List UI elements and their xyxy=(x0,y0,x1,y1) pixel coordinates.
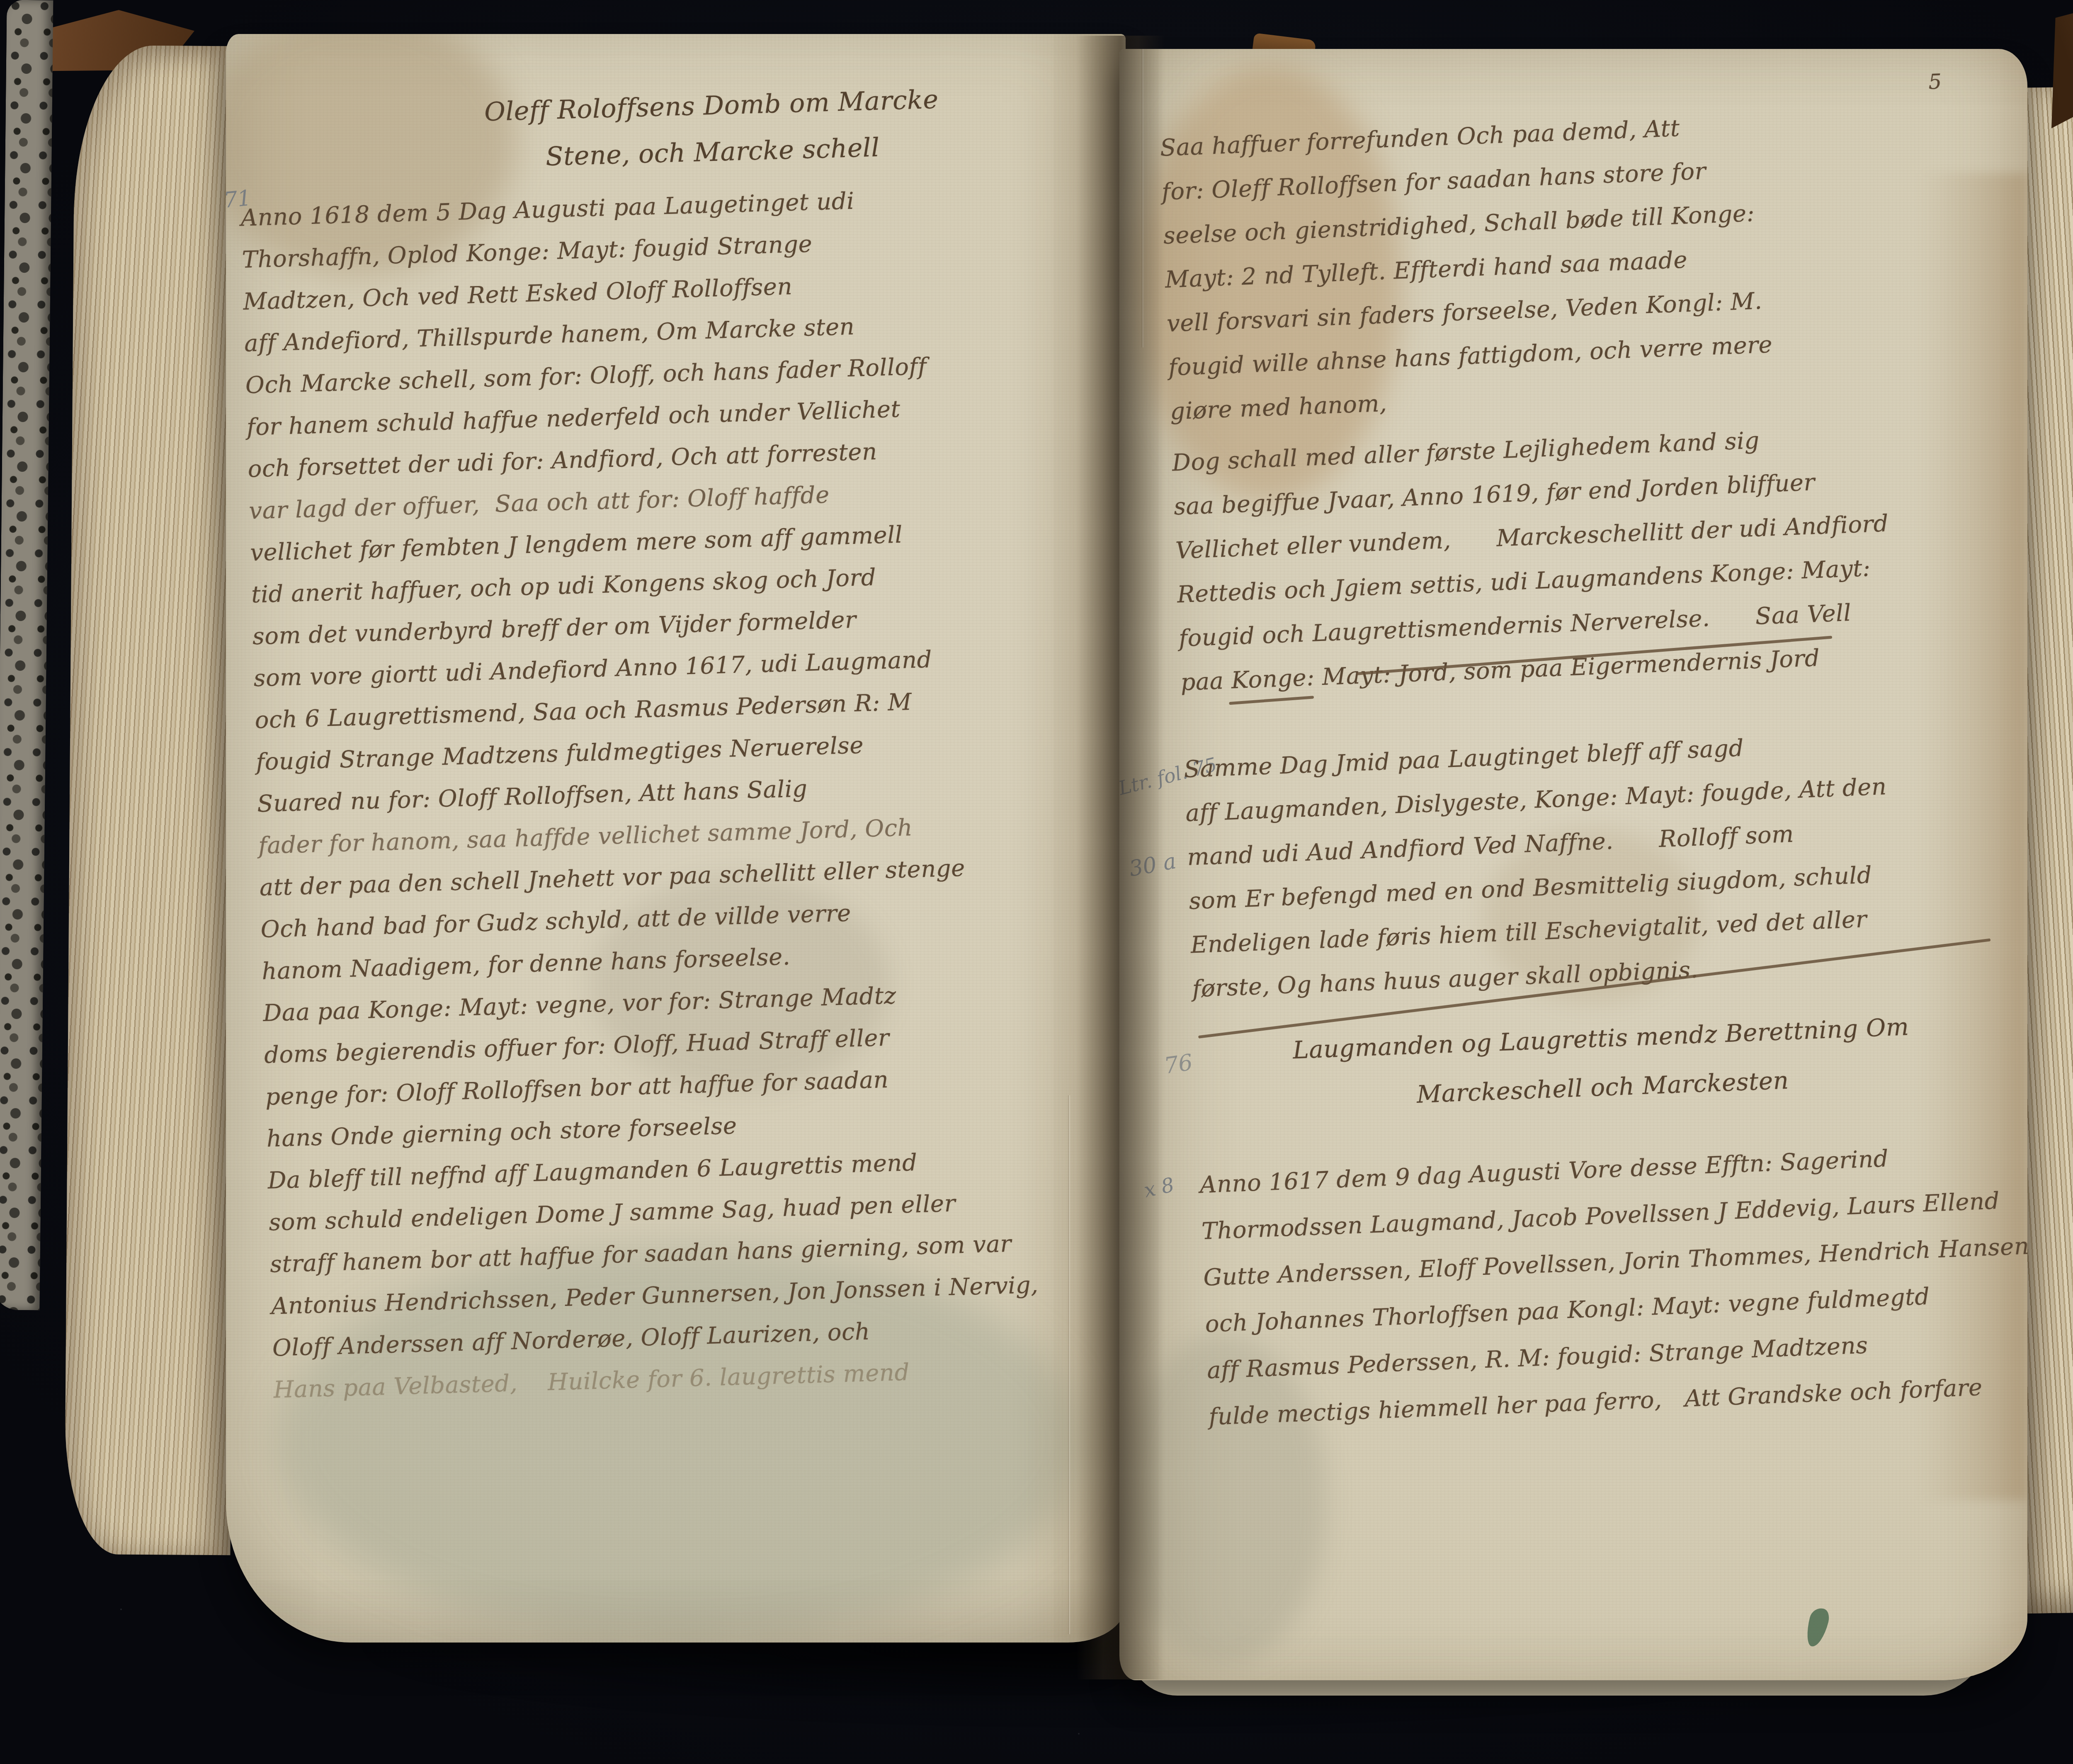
page-number: 5 xyxy=(1928,70,1942,94)
right-page-paragraph-same-day: Samme Dag Jmid paa Laugtinget bleff aff … xyxy=(1183,717,2005,1012)
left-page-body: Anno 1618 dem 5 Dag Augusti paa Laugetin… xyxy=(240,173,1124,1411)
left-cover-marbled-edge xyxy=(0,0,53,1310)
left-page-block-fore-edge xyxy=(64,45,240,1555)
left-page-heading: Oleff Roloffsens Domb om Marcke Stene, o… xyxy=(354,73,1070,185)
margin-note-30-pencil: 30 a xyxy=(1127,849,1178,881)
right-page-paragraph-condition: Dog schall med aller første Lejlighedem … xyxy=(1171,410,1993,705)
right-page: 5 Saa haffuer forrefunden Och paa demd, … xyxy=(1119,49,2027,1680)
photo-background: 71 Oleff Roloffsens Domb om Marcke Stene… xyxy=(0,0,2073,1764)
left-page: 71 Oleff Roloffsens Domb om Marcke Stene… xyxy=(226,34,1126,1643)
page-crease-diagonal xyxy=(1119,49,1420,51)
right-page-paragraph-judgment: Saa haffuer forrefunden Och paa demd, At… xyxy=(1159,95,1983,434)
margin-note-76-pencil: 76 xyxy=(1163,1049,1194,1079)
margin-note-x8-pencil: x 8 xyxy=(1142,1173,1176,1202)
right-page-text: 5 Saa haffuer forrefunden Och paa demd, … xyxy=(1119,49,2027,1680)
section-heading: Laugmanden og Laugrettis mendz Berettnin… xyxy=(1194,998,2010,1127)
left-page-text: 71 Oleff Roloffsens Domb om Marcke Stene… xyxy=(226,34,1126,1643)
right-page-paragraph-anno-1617: Anno 1617 dem 9 dag Augusti Vore desse E… xyxy=(1199,1131,2022,1441)
